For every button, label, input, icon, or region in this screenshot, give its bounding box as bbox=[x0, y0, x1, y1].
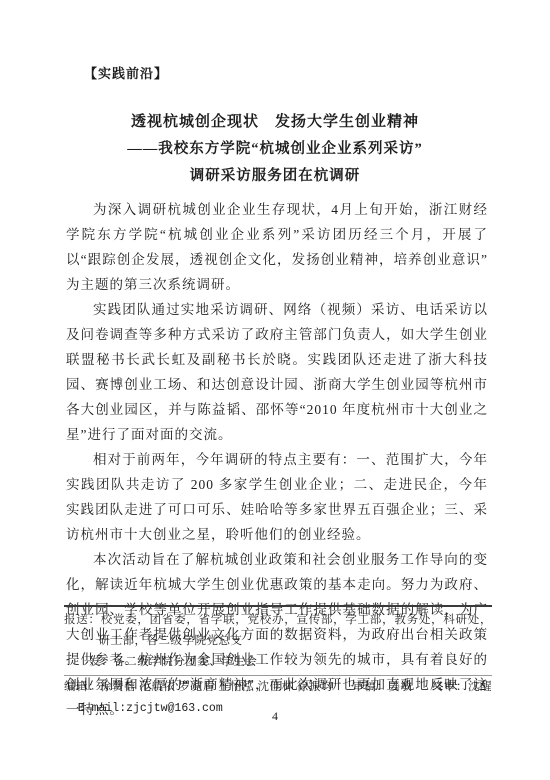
paragraph-3: 相对于前两年，今年调研的特点主要有：一、范围扩大，今年实践团队共走访了 200 … bbox=[66, 447, 488, 547]
editors-line: 编辑：徐赞信 范航依 罗竟眉 王怡泓 沈佳林 徐振均 审稿：姜敏 终审：沈醒 bbox=[64, 677, 492, 698]
section-tag: 【实践前沿】 bbox=[84, 63, 168, 82]
editors-label: 编辑： bbox=[64, 681, 100, 693]
divider-top bbox=[64, 605, 492, 607]
article-title-sub: ——我校东方学院“杭城创业企业系列采访” bbox=[0, 140, 550, 158]
article-title-sub2: 调研采访服务团在杭调研 bbox=[0, 167, 550, 185]
bulletin-footer: 报送：校党委，团省委，省学联，党校办，宣传部，学工部，教务处，科研处，研工部，各… bbox=[64, 605, 492, 719]
document-page: 【实践前沿】 透视杭城创企现状 发扬大学生创业精神 ——我校东方学院“杭城创业企… bbox=[0, 0, 550, 780]
issued-to-line: 发：各二级学院分团委、学生会 bbox=[64, 652, 492, 673]
article-title-main: 透视杭城创企现状 发扬大学生创业精神 bbox=[0, 113, 550, 131]
reviewer-group: 审稿：姜敏 bbox=[352, 677, 412, 698]
paragraph-2: 实践团队通过实地采访调研、网络（视频）采访、电话采访以及问卷调查等多种方式采访了… bbox=[66, 297, 488, 447]
paragraph-1: 为深入调研杭城创业企业生存现状，4月上旬开始，浙江财经学院东方学院“杭城创业企业… bbox=[66, 197, 488, 297]
report-to-label: 报送： bbox=[64, 614, 101, 626]
final-reviewer-group: 终审：沈醒 bbox=[432, 677, 492, 698]
reviewer-name: 姜敏 bbox=[388, 681, 412, 693]
page-number: 4 bbox=[0, 709, 550, 724]
editors-group: 编辑：徐赞信 范航依 罗竟眉 王怡泓 沈佳林 徐振均 bbox=[64, 677, 333, 698]
final-reviewer-label: 终审： bbox=[432, 681, 468, 693]
issued-to-value: 各二级学院分团委、学生会 bbox=[113, 656, 257, 668]
issued-to-label: 发： bbox=[89, 656, 113, 668]
report-to-line: 报送：校党委，团省委，省学联，党校办，宣传部，学工部，教务处，科研处，研工部，各… bbox=[64, 610, 492, 652]
reviewer-label: 审稿： bbox=[352, 681, 388, 693]
final-reviewer-name: 沈醒 bbox=[468, 681, 492, 693]
article-title-block: 透视杭城创企现状 发扬大学生创业精神 ——我校东方学院“杭城创业企业系列采访” … bbox=[0, 113, 550, 185]
report-to-value: 校党委，团省委，省学联，党校办，宣传部，学工部，教务处，科研处，研工部，各二级学… bbox=[99, 614, 493, 647]
divider-middle bbox=[64, 675, 492, 676]
editors-names: 徐赞信 范航依 罗竟眉 王怡泓 沈佳林 徐振均 bbox=[100, 681, 333, 693]
